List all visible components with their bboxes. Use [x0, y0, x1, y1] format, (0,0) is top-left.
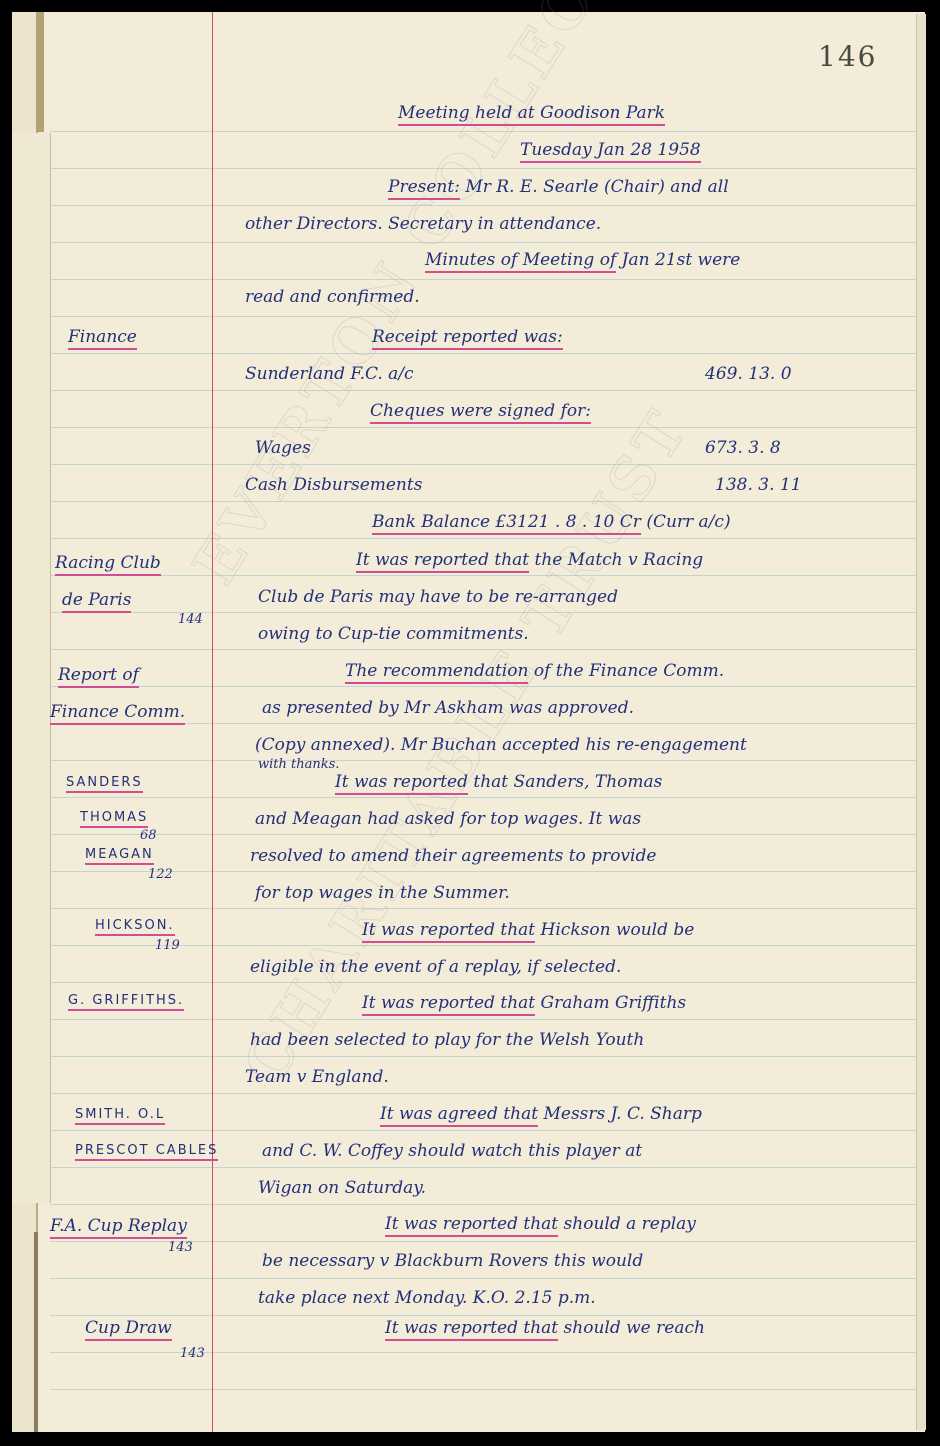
margin-note-finance-comm: Finance Comm.: [50, 702, 185, 725]
cheque-item: Wages: [255, 438, 311, 458]
present-label: Present:: [388, 177, 460, 200]
finance-line: The recommendation of the Finance Comm.: [345, 661, 724, 681]
present-line: Present: Mr R. E. Searle (Chair) and all: [388, 177, 729, 197]
ruled-line: [50, 353, 916, 354]
sanders-l3: resolved to amend their agreements to pr…: [250, 846, 656, 866]
ruled-line: [50, 797, 916, 798]
ruled-line: [50, 205, 916, 206]
finance-l4: with thanks.: [258, 757, 339, 772]
present-text: Mr R. E. Searle (Chair) and all: [465, 177, 728, 197]
ruled-line: [50, 1130, 916, 1131]
meeting-date: Tuesday Jan 28 1958: [520, 140, 701, 163]
finance-l2: as presented by Mr Askham was approved.: [262, 698, 634, 718]
ruled-line: [50, 686, 916, 687]
page-number: 146: [818, 40, 877, 73]
margin-note-fa-cup-replay: F.A. Cup Replay: [50, 1216, 187, 1239]
margin-note-thomas: THOMAS: [80, 810, 148, 828]
red-margin-line: [212, 12, 213, 1432]
racing-l2: Club de Paris may have to be re-arranged: [258, 587, 618, 607]
present-cont: other Directors. Secretary in attendance…: [245, 214, 601, 234]
minutes-cont: read and confirmed.: [245, 287, 420, 307]
margin-ref: 122: [148, 867, 173, 882]
margin-ref: 68: [140, 828, 157, 843]
margin-note-griffiths: G. GRIFFITHS.: [68, 993, 184, 1011]
margin-note-smith: SMITH. O.L: [75, 1107, 165, 1125]
ruled-line: [50, 1093, 916, 1094]
margin-note-meagan: MEAGAN: [85, 847, 154, 865]
ruled-line: [50, 1315, 916, 1316]
margin-note-finance: Finance: [68, 327, 137, 350]
margin-ref: 143: [180, 1346, 205, 1361]
finance-rest: of the Finance Comm.: [534, 661, 724, 681]
margin-ref: 144: [178, 612, 203, 627]
ruled-line: [50, 316, 916, 317]
minutes-underlined: Minutes of Meeting of: [425, 250, 616, 273]
ruled-line: [50, 945, 916, 946]
ruled-line: [50, 871, 916, 872]
ruled-line: [50, 168, 916, 169]
ruled-line: [50, 427, 916, 428]
sanders-underlined: It was reported: [335, 772, 468, 795]
hickson-line: It was reported that Hickson would be: [362, 920, 694, 940]
meeting-title: Meeting held at Goodison Park: [398, 103, 665, 126]
ruled-line: [50, 279, 916, 280]
ruled-line: [50, 908, 916, 909]
binding-crease: [34, 1232, 38, 1432]
smith-l3: Wigan on Saturday.: [258, 1178, 426, 1198]
ruled-line: [50, 501, 916, 502]
replay-l2: be necessary v Blackburn Rovers this wou…: [262, 1251, 643, 1271]
smith-line: It was agreed that Messrs J. C. Sharp: [380, 1104, 702, 1124]
racing-underlined: It was reported that: [356, 550, 529, 573]
replay-underlined: It was reported that: [385, 1214, 558, 1237]
page-edge: [916, 14, 926, 1430]
ruled-line: [50, 575, 916, 576]
racing-l3: owing to Cup-tie commitments.: [258, 624, 529, 644]
cheque-amount: 673. 3. 8: [705, 438, 781, 458]
racing-line: It was reported that the Match v Racing: [356, 550, 703, 570]
binding-shadow: [36, 12, 44, 132]
ruled-line: [50, 1389, 916, 1390]
replay-line: It was reported that should a replay: [385, 1214, 696, 1234]
hickson-underlined: It was reported that: [362, 920, 535, 943]
ruled-line: [50, 834, 916, 835]
ruled-line: [50, 464, 916, 465]
draw-line: It was reported that should we reach: [385, 1318, 705, 1338]
ruled-line: [50, 1019, 916, 1020]
hickson-l2: eligible in the event of a replay, if se…: [250, 957, 621, 977]
margin-ref: 143: [168, 1240, 193, 1255]
sanders-line: It was reported that Sanders, Thomas: [335, 772, 662, 792]
sanders-rest: that Sanders, Thomas: [473, 772, 662, 792]
griffiths-line: It was reported that Graham Griffiths: [362, 993, 686, 1013]
sanders-l4: for top wages in the Summer.: [255, 883, 510, 903]
ruled-line: [50, 1056, 916, 1057]
margin-note-cup-draw: Cup Draw: [85, 1318, 172, 1341]
margin-note-sanders: SANDERS: [66, 775, 143, 793]
hickson-rest: Hickson would be: [541, 920, 695, 940]
griffiths-l3: Team v England.: [245, 1067, 389, 1087]
smith-underlined: It was agreed that: [380, 1104, 538, 1127]
ruled-line: [50, 538, 916, 539]
margin-ref: 119: [155, 938, 180, 953]
cheques-heading: Cheques were signed for:: [370, 401, 591, 424]
smith-rest: Messrs J. C. Sharp: [543, 1104, 701, 1124]
ruled-line: [50, 982, 916, 983]
draw-rest: should we reach: [564, 1318, 705, 1338]
replay-l3: take place next Monday. K.O. 2.15 p.m.: [258, 1288, 596, 1308]
griffiths-l2: had been selected to play for the Welsh …: [250, 1030, 644, 1050]
ruled-line: [50, 760, 916, 761]
bank-balance-note: (Curr a/c): [646, 512, 730, 532]
replay-rest: should a replay: [564, 1214, 696, 1234]
sanders-l2: and Meagan had asked for top wages. It w…: [255, 809, 641, 829]
receipt-heading: Receipt reported was:: [372, 327, 563, 350]
ruled-line: [50, 1204, 916, 1205]
griffiths-rest: Graham Griffiths: [541, 993, 687, 1013]
ruled-line: [50, 390, 916, 391]
ruled-line: [50, 1167, 916, 1168]
margin-note-racing: Racing Club: [55, 553, 161, 576]
receipt-item: Sunderland F.C. a/c: [245, 364, 414, 384]
minutes-rest: Jan 21st were: [622, 250, 741, 270]
margin-note-report: Report of: [58, 665, 139, 688]
finance-l3: (Copy annexed). Mr Buchan accepted his r…: [255, 735, 747, 755]
ruled-line: [50, 131, 916, 132]
ruled-line: [50, 1278, 916, 1279]
griffiths-underlined: It was reported that: [362, 993, 535, 1016]
cheque-item: Cash Disbursements: [245, 475, 422, 495]
margin-note-prescot: PRESCOT CABLES: [75, 1143, 218, 1161]
binding-flap-lower: [12, 133, 51, 1203]
margin-note-hickson: HICKSON.: [95, 918, 175, 936]
ruled-line: [50, 649, 916, 650]
receipt-amount: 469. 13. 0: [705, 364, 792, 384]
bank-balance: Bank Balance £3121 . 8 . 10 Cr: [372, 512, 641, 535]
racing-rest: the Match v Racing: [535, 550, 704, 570]
ruled-line: [50, 242, 916, 243]
minutes-line: Minutes of Meeting of Jan 21st were: [425, 250, 740, 270]
bank-balance-line: Bank Balance £3121 . 8 . 10 Cr (Curr a/c…: [372, 512, 731, 532]
finance-underlined: The recommendation: [345, 661, 528, 684]
smith-l2: and C. W. Coffey should watch this playe…: [262, 1141, 642, 1161]
cheque-amount: 138. 3. 11: [715, 475, 802, 495]
margin-note-paris: de Paris: [62, 590, 131, 613]
draw-underlined: It was reported that: [385, 1318, 558, 1341]
